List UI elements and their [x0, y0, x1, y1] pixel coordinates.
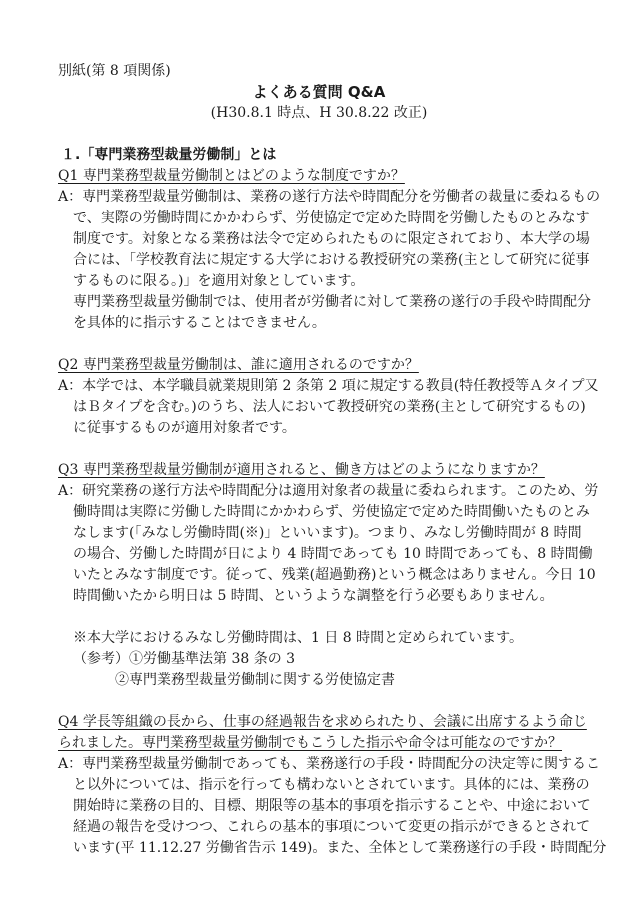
answer-line: 制度です。対象となる業務は法令で定められたものに限定されており、本大学の場 — [58, 229, 580, 250]
answer-line: と以外については、指示を行っても構わないとされています。具体的には、業務の — [58, 775, 580, 796]
answer-line: の場合、労働した時間が日により 4 時間であっても 10 時間であっても、8 時… — [58, 544, 580, 565]
question-line: Q2 専門業務型裁量労働制は、誰に適用されるのですか？ — [58, 355, 580, 376]
attachment-note: 別紙(第 8 項関係) — [58, 61, 580, 82]
revision-note: (H30.8.1 時点、H 30.8.22 改正) — [58, 103, 580, 124]
answer-line: を具体的に指示することはできません。 — [58, 313, 580, 334]
answer-line: 専門業務型裁量労働制では、使用者が労働者に対して業務の遂行の手段や時間配分 — [58, 292, 580, 313]
section-heading: １.「専門業務型裁量労働制」とは — [58, 145, 580, 166]
question-line: られました。専門業務型裁量労働制でもこうした指示や命令は可能なのですか？ — [58, 733, 580, 754]
qa-list: Q1 専門業務型裁量労働制とはどのような制度ですか？A：専門業務型裁量労働制は、… — [58, 166, 580, 859]
answer-line: 時間働いたから明日は 5 時間、というような調整を行う必要もありません。 — [58, 586, 580, 607]
answer-line: A：本学では、本学職員就業規則第 2 条第 2 項に規定する教員(特任教授等Ａタ… — [58, 376, 580, 397]
note-line: ※本大学におけるみなし労働時間は、1 日 8 時間と定められています。 — [58, 628, 580, 649]
qa-block-q3: Q3 専門業務型裁量労働制が適用されると、働き方はどのようになりますか？A：研究… — [58, 460, 580, 691]
note-line: ②専門業務型裁量労働制に関する労使協定書 — [58, 670, 580, 691]
answer-line: するものに限る。)」を適用対象としています。 — [58, 271, 580, 292]
answer-line: に従事するものが適用対象者です。 — [58, 418, 580, 439]
answer-line: A：専門業務型裁量労働制であっても、業務遂行の手段・時間配分の決定等に関するこ — [58, 754, 580, 775]
question-line: Q3 専門業務型裁量労働制が適用されると、働き方はどのようになりますか？ — [58, 460, 580, 481]
answer-line: A：専門業務型裁量労働制は、業務の遂行方法や時間配分を労働者の裁量に委ねるもの — [58, 187, 580, 208]
page-title: よくある質問 Q&A — [58, 82, 580, 103]
answer-line: で、実際の労働時間にかかわらず、労使協定で定めた時間を労働したものとみなす — [58, 208, 580, 229]
qa-block-q2: Q2 専門業務型裁量労働制は、誰に適用されるのですか？A：本学では、本学職員就業… — [58, 355, 580, 439]
answer-line: 働時間は実際に労働した時間にかかわらず、労使協定で定めた時間働いたものとみ — [58, 502, 580, 523]
note-line: （参考）①労働基準法第 38 条の 3 — [58, 649, 580, 670]
document-page: 別紙(第 8 項関係) よくある質問 Q&A (H30.8.1 時点、H 30.… — [0, 0, 630, 903]
qa-block-q4: Q4 学長等組織の長から、仕事の経過報告を求められたり、会議に出席するよう命じら… — [58, 712, 580, 859]
answer-line: A：研究業務の遂行方法や時間配分は適用対象者の裁量に委ねられます。このため、労 — [58, 481, 580, 502]
answer-line: 開始時に業務の目的、目標、期限等の基本的事項を指示することや、中途において — [58, 796, 580, 817]
answer-line: はＢタイプを含む。)のうち、法人において教授研究の業務(主として研究するもの) — [58, 397, 580, 418]
qa-block-q1: Q1 専門業務型裁量労働制とはどのような制度ですか？A：専門業務型裁量労働制は、… — [58, 166, 580, 334]
answer-line: いたとみなす制度です。従って、残業(超過勤務)という概念はありません。今日 10 — [58, 565, 580, 586]
answer-line: 経過の報告を受けつつ、これらの基本的事項について変更の指示ができるとされて — [58, 817, 580, 838]
answer-line: 合には、「学校教育法に規定する大学における教授研究の業務(主として研究に従事 — [58, 250, 580, 271]
question-line: Q1 専門業務型裁量労働制とはどのような制度ですか？ — [58, 166, 580, 187]
question-line: Q4 学長等組織の長から、仕事の経過報告を求められたり、会議に出席するよう命じ — [58, 712, 580, 733]
notes: ※本大学におけるみなし労働時間は、1 日 8 時間と定められています。（参考）①… — [58, 628, 580, 691]
answer-line: なします(「みなし労働時間(※)」といいます)。つまり、みなし労働時間が 8 時… — [58, 523, 580, 544]
answer-line: います(平 11.12.27 労働省告示 149)。また、全体として業務遂行の手… — [58, 838, 580, 859]
